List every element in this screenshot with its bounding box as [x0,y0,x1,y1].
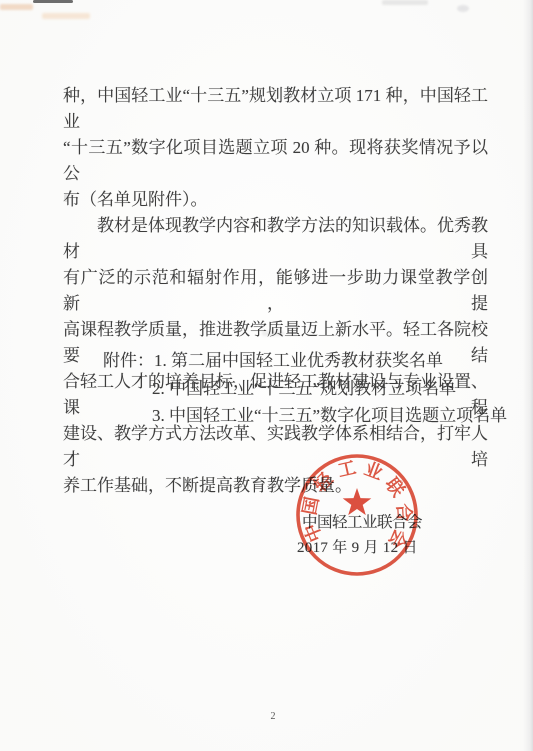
seal-star-icon [343,488,372,515]
body-line: 布（名单见附件）。 [63,187,488,213]
scan-artifact [42,13,90,19]
document-page: 种，中国轻工业“十三五”规划教材立项 171 种，中国轻工业 “十三五”数字化项… [0,0,533,751]
attachment-item: 附件：1. 第二届中国轻工业优秀教材获奖名单 [103,347,507,375]
body-line: “十三五”数字化项目选题立项 20 种。现将获奖情况予以公 [63,135,488,187]
seal-char: 工 [336,457,358,480]
attachment-item-text: 1. 第二届中国轻工业优秀教材获奖名单 [154,351,443,370]
attachment-item: 3. 中国轻工业“十三五”数字化项目选题立项名单 [152,402,507,430]
body-line: 教材是体现教学内容和教学方法的知识载体。优秀教材具 [63,213,488,265]
attachment-label: 附件： [103,351,154,370]
body-line: 有广泛的示范和辐射作用，能够进一步助力课堂教学创新，提 [63,265,488,317]
seal-char: 国 [299,495,322,517]
page-edge-shadow [523,0,533,751]
attachment-item: 2. 中国轻工业“十三五”规划教材立项名单 [152,375,507,403]
seal-char: 联 [382,473,410,500]
page-number: 2 [260,711,286,722]
seal-char: 轻 [308,467,337,496]
scan-artifact [0,4,33,10]
official-seal: 中 国 轻 工 业 联 合 会 [282,440,432,590]
scan-artifact [382,0,428,5]
scan-artifact [457,5,469,12]
body-line: 种，中国轻工业“十三五”规划教材立项 171 种，中国轻工业 [63,83,488,135]
attachment-list: 附件：1. 第二届中国轻工业优秀教材获奖名单 2. 中国轻工业“十三五”规划教材… [103,347,507,430]
seal-char: 合 [393,503,415,522]
body-text: 种，中国轻工业“十三五”规划教材立项 171 种，中国轻工业 “十三五”数字化项… [63,83,488,499]
scan-artifact [33,0,73,3]
